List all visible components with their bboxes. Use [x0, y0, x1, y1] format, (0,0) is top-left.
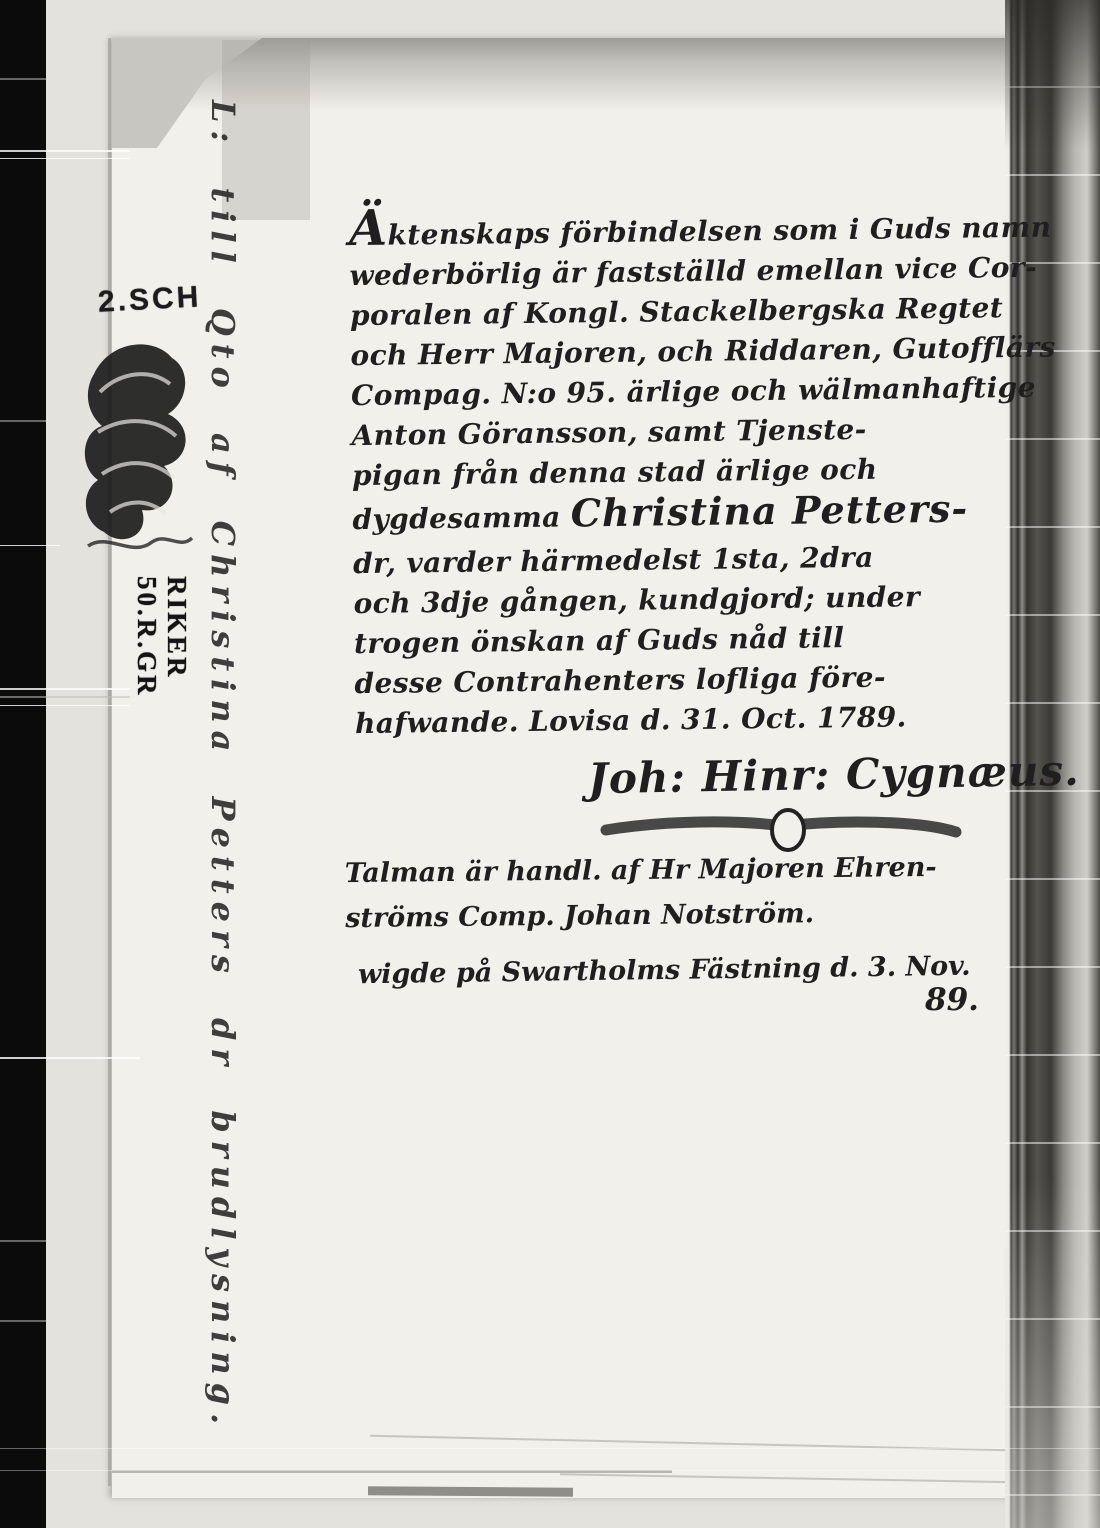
banns-text-block: Äktenskaps förbindelsen som i Guds namn … [349, 201, 1030, 744]
film-border [0, 0, 46, 1528]
marginal-note-vertical: L: till Qto af Christina Petters dr brud… [204, 100, 242, 1420]
scanned-manuscript-page: L: till Qto af Christina Petters dr brud… [0, 0, 1100, 1528]
ink-seal-stamp [80, 332, 200, 572]
text-line: hafwande. Lovisa d. 31. Oct. 1789. [355, 696, 1030, 744]
value-stamp-line: 50.R.GR [132, 576, 162, 698]
book-edge-light-bottom [1005, 1180, 1100, 1528]
text-line: Compag. N:o 95. ärlige och wälmanhaftige [351, 368, 1026, 416]
value-stamp-50: RIKER 50.R.GR [132, 576, 192, 698]
page-left-edge [108, 38, 111, 1486]
film-scratch [0, 688, 130, 690]
film-scratch [0, 1470, 1100, 1471]
film-scratch [0, 150, 130, 152]
film-scratch [0, 705, 130, 706]
bride-name-line: dygdesamma Christina Petters- [352, 488, 1028, 544]
text-line: Talman är handl. af Hr Majoren Ehren- [345, 845, 937, 896]
film-scratch [0, 1240, 46, 1242]
text-fragment: dygdesamma [352, 500, 571, 536]
spokesman-note: Talman är handl. af Hr Majoren Ehren- st… [345, 845, 938, 941]
wedding-year: 89. [925, 982, 979, 1018]
film-scratch [0, 545, 60, 546]
text-line: ströms Comp. Johan Notström. [345, 890, 937, 941]
film-scratch [0, 696, 130, 698]
film-scratch [0, 1320, 46, 1322]
film-scratch [0, 420, 46, 422]
duty-stamp-2sch: 2.SCH [97, 280, 202, 319]
film-scratch [0, 1057, 140, 1059]
book-edge-shadow-top [1005, 0, 1100, 150]
pastor-signature: Joh: Hinr: Cygnæus. [588, 746, 1080, 804]
film-scratch [0, 158, 130, 159]
film-scratch [0, 1448, 1100, 1449]
bottom-edge-mark [368, 1486, 573, 1496]
text-line: Äktenskaps förbindelsen som i Guds namn [349, 201, 1025, 256]
bride-name: Christina Petters- [570, 486, 968, 536]
film-scratch [0, 78, 46, 80]
value-stamp-line: RIKER [162, 576, 192, 698]
